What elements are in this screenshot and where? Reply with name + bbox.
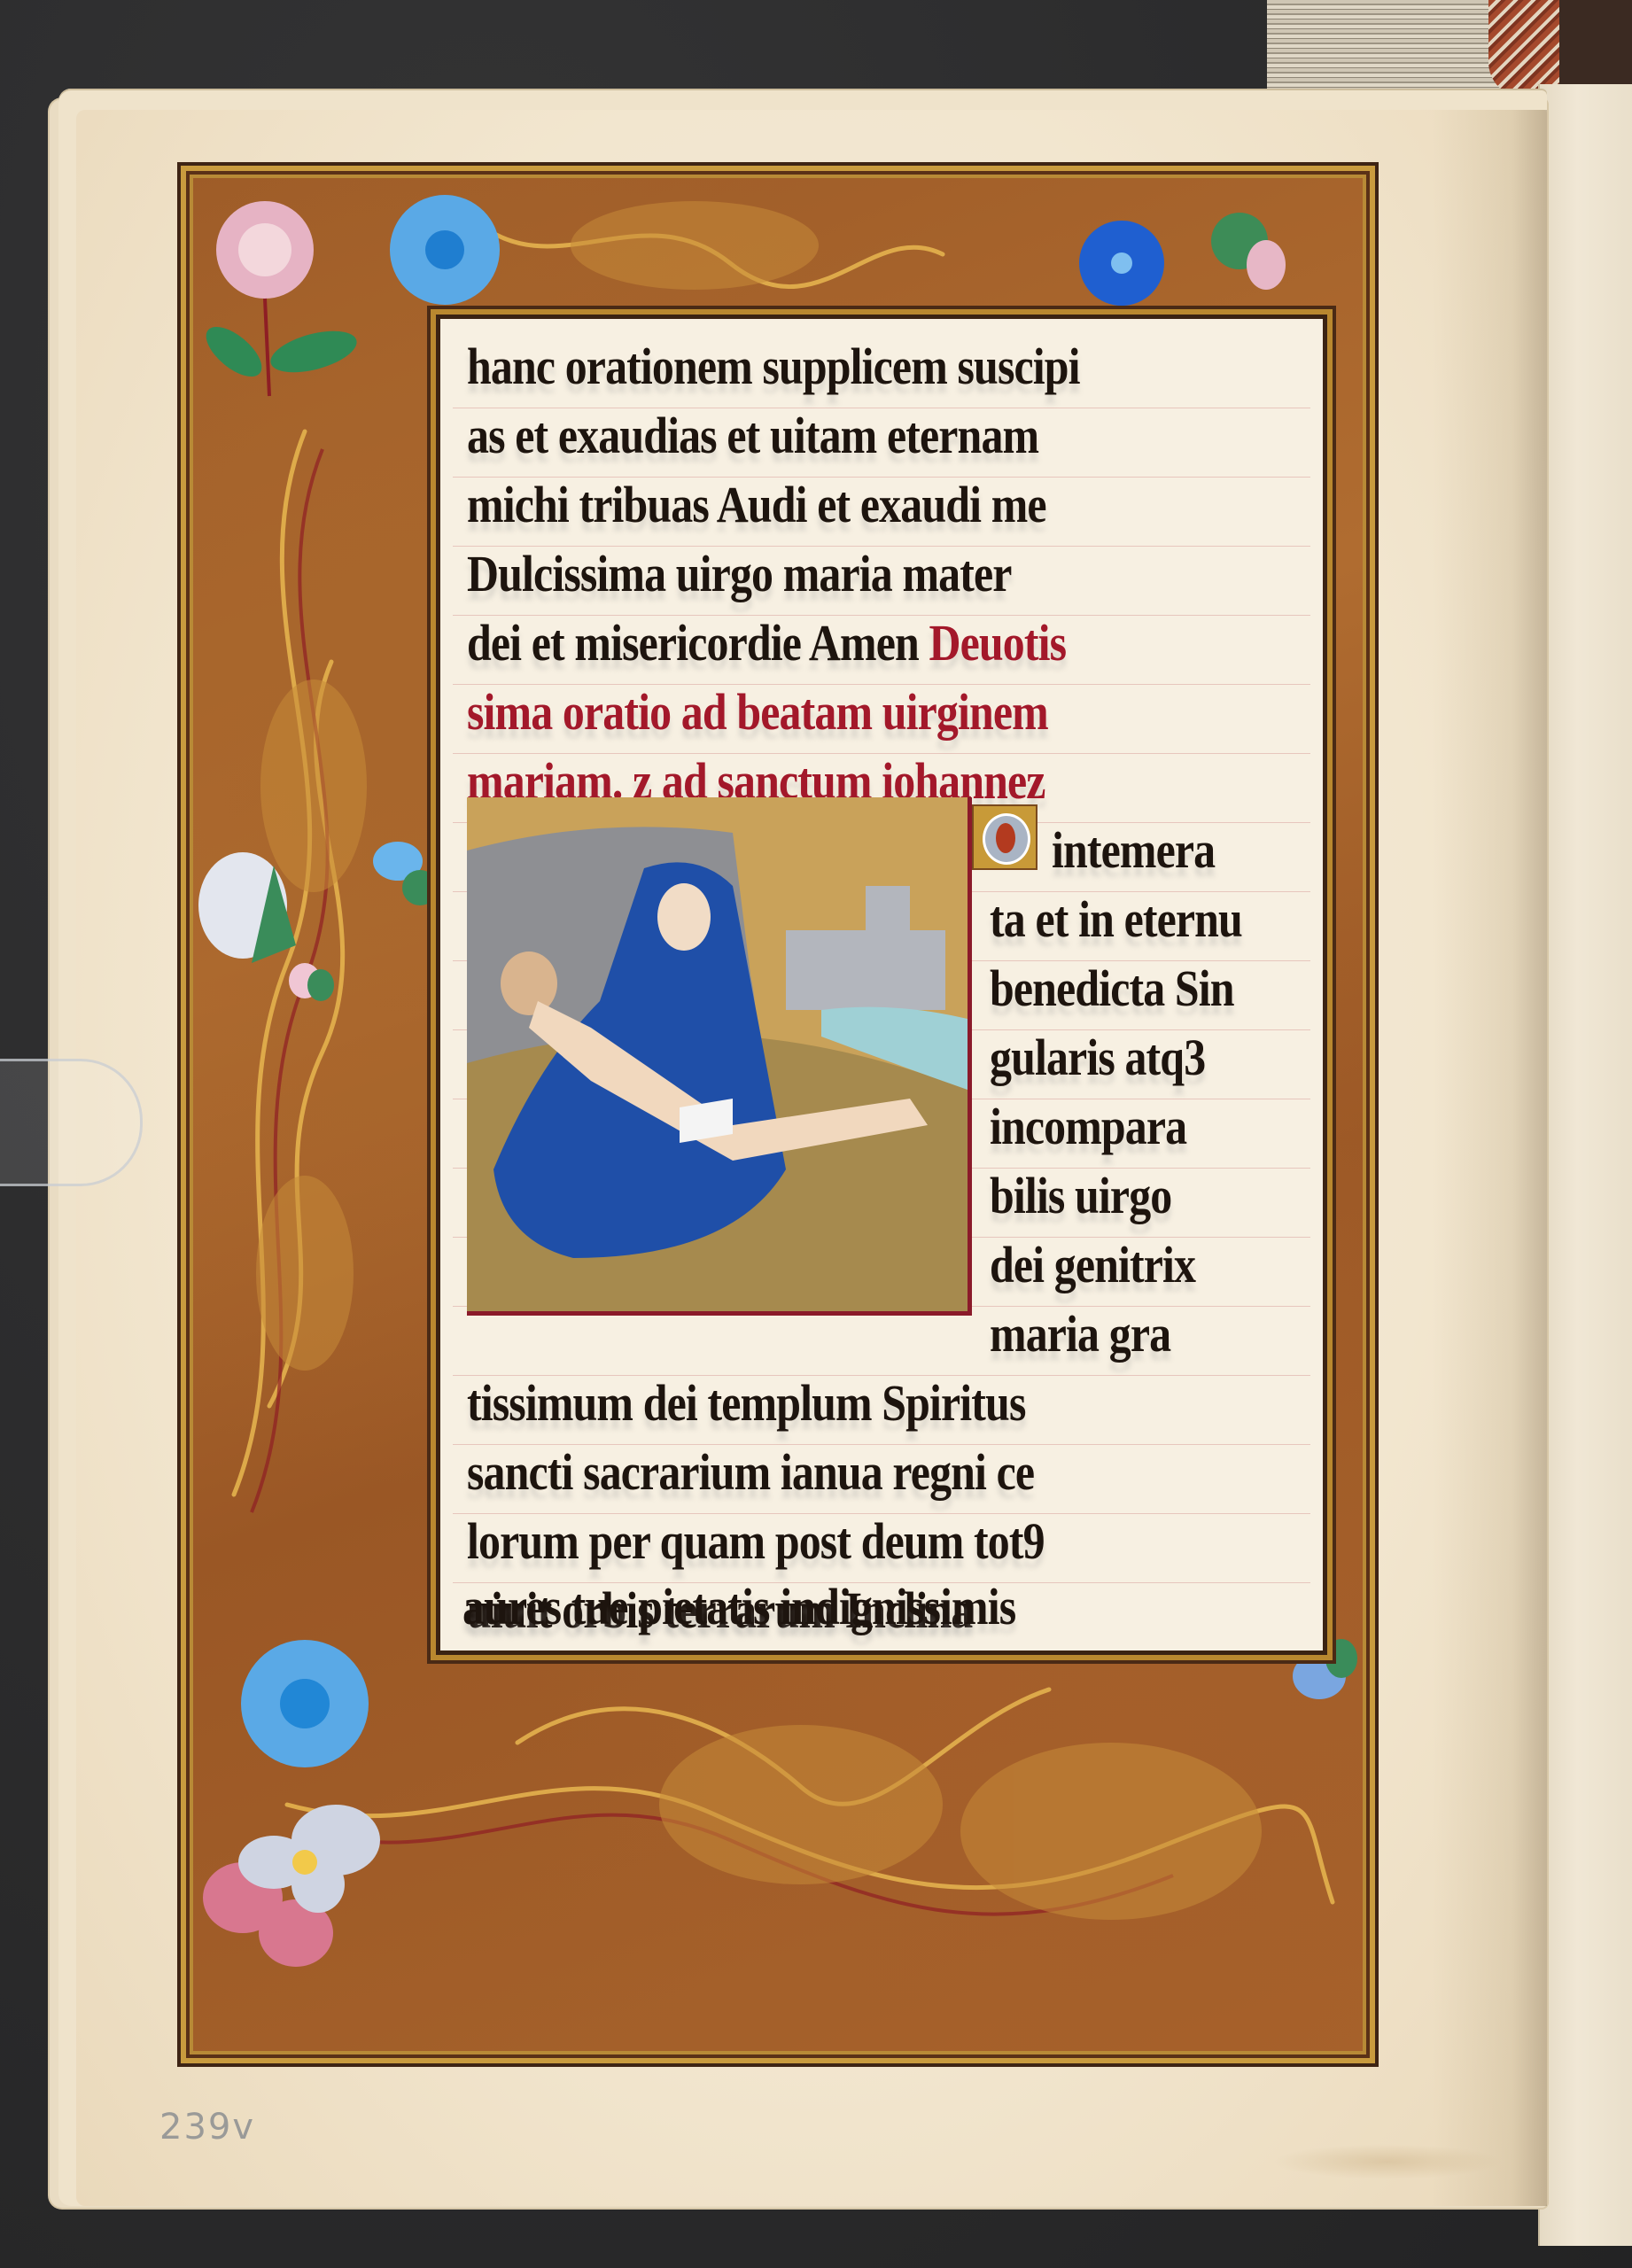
flower-blue-bottom-icon: [241, 1640, 369, 1767]
flower-forget-me-not-icon: [1079, 221, 1164, 306]
binding-headband: [1488, 0, 1568, 97]
folio-number: 239v: [159, 2107, 255, 2148]
decorated-initial: [972, 804, 1037, 870]
rubric-line: sima oratio ad beatam uirginem: [467, 682, 1048, 742]
text-line: maria gra: [990, 1304, 1170, 1363]
text-line: lorum per quam post deum tot9: [467, 1511, 1045, 1571]
text-line: Dulcissima uirgo maria mater: [467, 544, 1012, 603]
text-line: ta et in eternu: [990, 889, 1242, 949]
text-block: hanc orationem supplicem suscipi as et e…: [436, 315, 1327, 1655]
text-line: gularis atq3: [990, 1028, 1205, 1087]
text-line: hanc orationem supplicem suscipi: [467, 337, 1080, 396]
text-line: as et exaudias et uitam eternam: [467, 406, 1038, 465]
flower-pink-daisy-icon: [198, 201, 361, 396]
text-line: sancti sacrarium ianua regni ce: [467, 1442, 1034, 1502]
gutter-shadow: [1432, 110, 1547, 2206]
flower-pink-bud-icon: [289, 963, 334, 1001]
pansy-icon: [203, 1805, 380, 1967]
text-segment: dei et misericordie Amen: [467, 614, 919, 672]
initial-letter-icon: [983, 813, 1030, 865]
miniature-pieta: [467, 797, 972, 1316]
text-line: dei et misericordie Amen Deuotis: [467, 613, 1066, 672]
pieta-painting-icon: [467, 797, 968, 1311]
stain: [1272, 2144, 1503, 2179]
text-line: incompara: [990, 1097, 1186, 1156]
thistle-icon: [1211, 213, 1286, 290]
text-line: dei genitrix: [990, 1235, 1195, 1294]
flower-blue-icon: [390, 195, 500, 305]
text-line: bilis uirgo: [990, 1166, 1171, 1225]
text-line-last: aures tue pietatis indignissimis: [462, 1577, 1015, 1636]
facing-page: [1538, 84, 1632, 2246]
text-line: intemera: [1052, 820, 1215, 880]
flower-blue-bud-icon: [373, 842, 438, 905]
page-clip: [0, 1059, 143, 1186]
text-line: tissimum dei templum Spiritus: [467, 1373, 1026, 1433]
rubric-heading: Deuotis: [929, 614, 1066, 672]
text-line: benedicta Sin: [990, 959, 1234, 1018]
text-line: michi tribuas Audi et exaudi me: [467, 475, 1046, 534]
